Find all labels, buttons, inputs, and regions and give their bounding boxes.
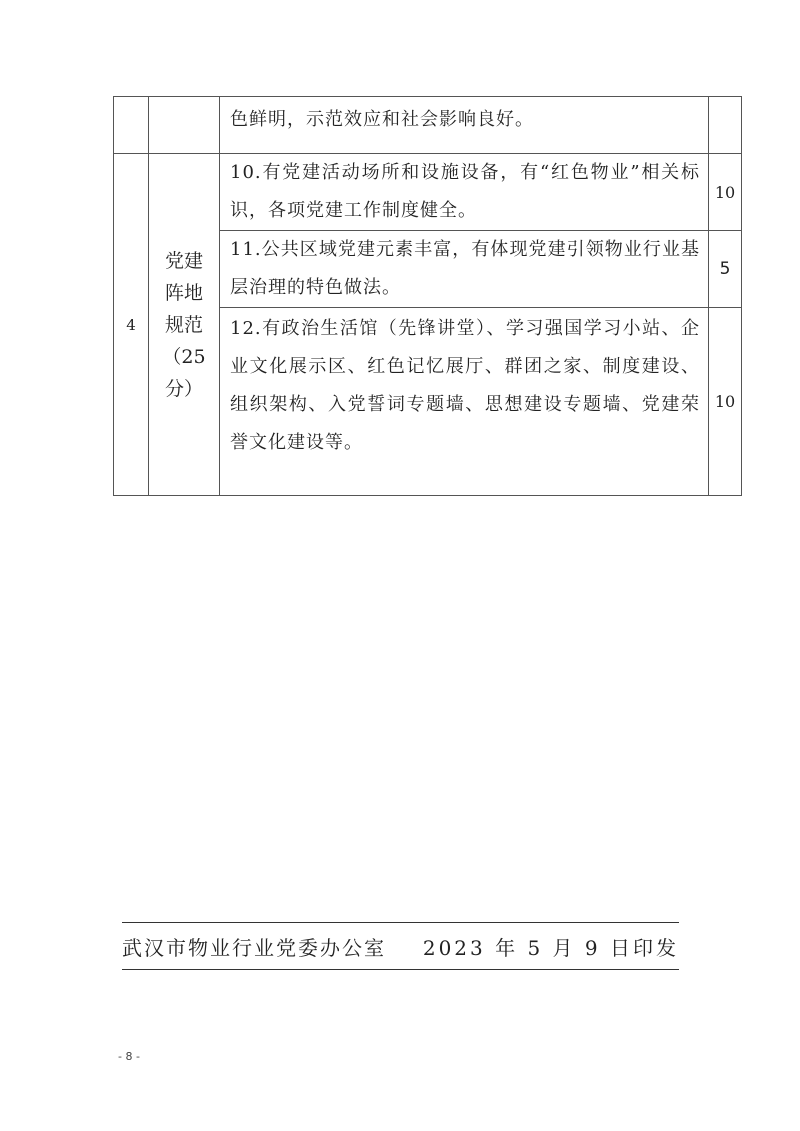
score-cell: 10	[709, 308, 742, 496]
category-line: （25	[149, 341, 219, 373]
table-row-continued: 色鲜明，示范效应和社会影响良好。	[114, 97, 742, 154]
issuer-name: 武汉市物业行业党委办公室	[122, 932, 386, 961]
score-cell: 5	[709, 231, 742, 308]
criteria-cell: 10.有党建活动场所和设施设备，有“红色物业”相关标识，各项党建工作制度健全。	[220, 154, 709, 231]
category-line: 分）	[149, 373, 219, 405]
table-row: 4 党建 阵地 规范 （25 分） 10.有党建活动场所和设施设备，有“红色物业…	[114, 154, 742, 231]
row-number-cell	[114, 97, 149, 154]
criteria-cell: 色鲜明，示范效应和社会影响良好。	[220, 97, 709, 154]
category-cell: 党建 阵地 规范 （25 分）	[149, 154, 220, 496]
category-cell	[149, 97, 220, 154]
issue-date: 2023 年 5 月 9 日印发	[423, 932, 679, 961]
category-line: 党建	[149, 245, 219, 277]
score-cell: 10	[709, 154, 742, 231]
score-cell	[709, 97, 742, 154]
criteria-cell: 12.有政治生活馆（先锋讲堂）、学习强国学习小站、企业文化展示区、红色记忆展厅、…	[220, 308, 709, 496]
page-number: - 8 -	[118, 1050, 140, 1063]
issuance-footer: 武汉市物业行业党委办公室 2023 年 5 月 9 日印发	[122, 922, 679, 970]
row-number-cell: 4	[114, 154, 149, 496]
scoring-table: 色鲜明，示范效应和社会影响良好。 4 党建 阵地 规范 （25 分） 10.有党…	[113, 96, 742, 496]
category-line: 阵地	[149, 277, 219, 309]
category-line: 规范	[149, 309, 219, 341]
criteria-cell: 11.公共区域党建元素丰富，有体现党建引领物业行业基层治理的特色做法。	[220, 231, 709, 308]
